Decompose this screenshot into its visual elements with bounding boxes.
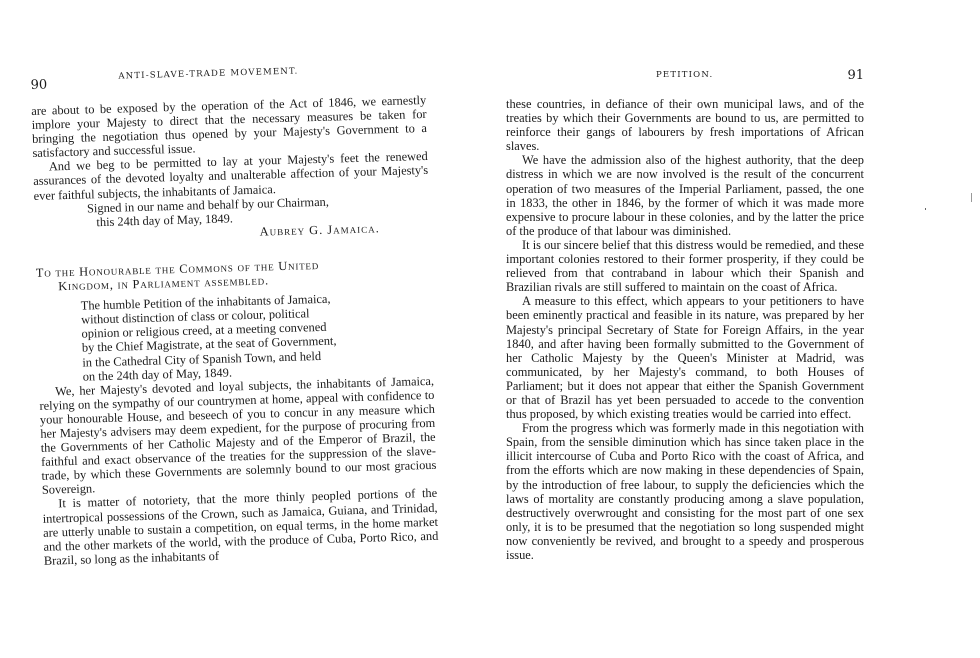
petition-description: The humble Petition of the inhabitants o… [37, 289, 434, 385]
right-page: PETITION. 91 these countries, in defianc… [506, 68, 864, 562]
right-page-body: these countries, in defiance of their ow… [506, 97, 864, 562]
running-title-right: PETITION. [656, 70, 713, 80]
petition-address: To the Honourable the Commons of the Uni… [36, 255, 432, 294]
left-running-head: 90 ANTI-SLAVE-TRADE MOVEMENT. [30, 53, 425, 84]
page-number-right: 91 [847, 68, 864, 83]
paragraph-progress: From the progress which was formerly mad… [506, 421, 864, 562]
paragraph-appeal: We, her Majesty's devoted and loyal subj… [39, 374, 437, 498]
page-number-left: 90 [30, 78, 47, 93]
scan-speck [925, 208, 926, 210]
right-running-head: PETITION. 91 [506, 68, 864, 88]
scan-margin-mark [971, 193, 972, 202]
paragraph-admission: We have the admission also of the highes… [506, 153, 864, 238]
paragraph-measure: A measure to this effect, which appears … [506, 294, 864, 421]
paragraph-belief: It is our sincere belief that this distr… [506, 238, 864, 294]
running-title-left: ANTI-SLAVE-TRADE MOVEMENT. [118, 67, 298, 82]
left-page: 90 ANTI-SLAVE-TRADE MOVEMENT. are about … [30, 53, 439, 568]
paragraph-continuation: these countries, in defiance of their ow… [506, 97, 864, 153]
left-page-body: are about to be exposed by the operation… [31, 93, 439, 568]
paragraph-notoriety: It is matter of notoriety, that the more… [42, 486, 439, 567]
